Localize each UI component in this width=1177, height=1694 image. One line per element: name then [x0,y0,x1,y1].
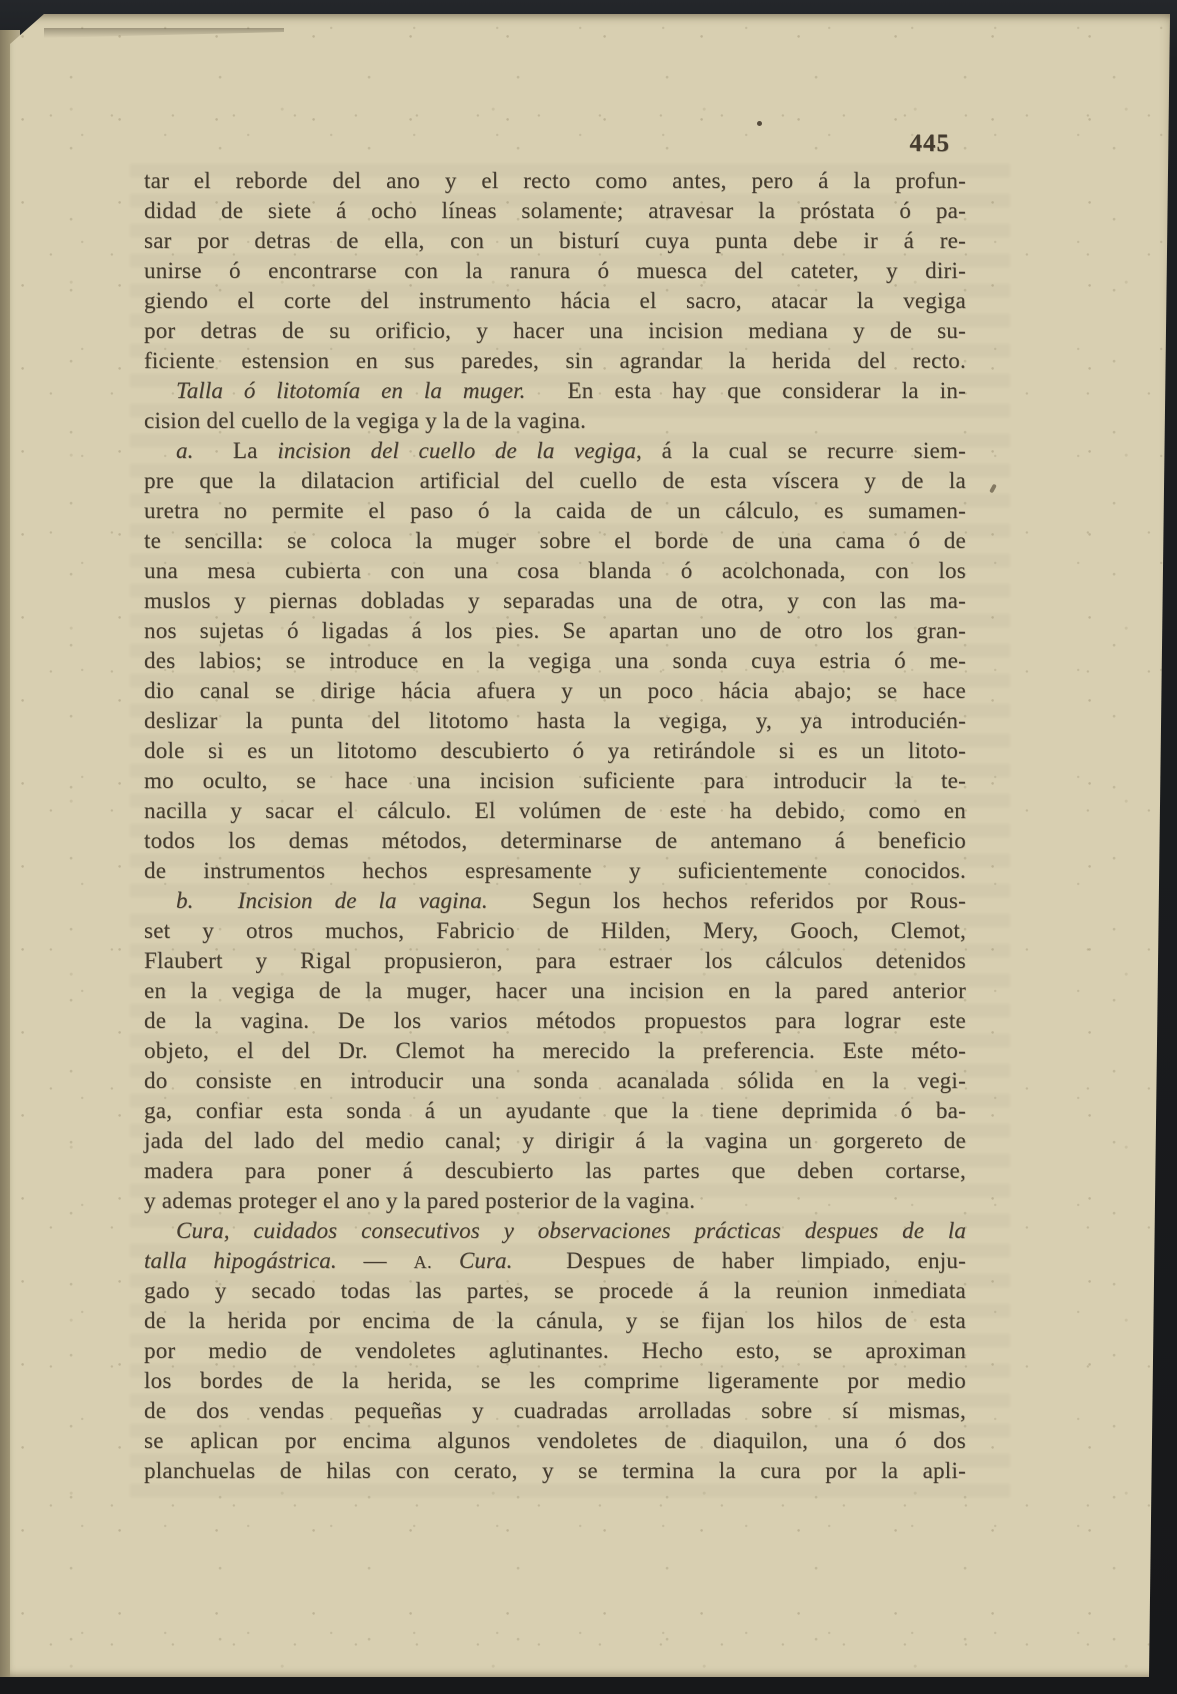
text-run: Cura. [459,1248,513,1273]
text-run: set y otros muchos, Fabricio de Hilden, … [144,918,966,943]
text-line: dio canal se dirige hácia afuera y un po… [144,676,966,706]
text-line: por medio de vendoletes aglutinantes. He… [144,1336,966,1366]
text-run: dio canal se dirige hácia afuera y un po… [144,678,966,703]
text-run: planchuelas de hilas con cerato, y se te… [144,1458,966,1483]
text-run: des labios; se introduce en la vegiga un… [144,648,966,673]
text-run: de la vagina. De los varios métodos prop… [144,1008,966,1033]
text-line: de la herida por encima de la cánula, y … [144,1306,966,1336]
page-top-shadow [44,28,284,38]
text-run: En esta hay que considerar la in- [525,378,966,403]
text-run: muslos y piernas dobladas y separadas un… [144,588,966,613]
text-line: ga, confiar esta sonda á un ayudante que… [144,1096,966,1126]
text-line: nacilla y sacar el cálculo. El volúmen d… [144,796,966,826]
text-line: se aplican por encima algunos vendoletes… [144,1426,966,1456]
text-line: tar el reborde del ano y el recto como a… [144,166,966,196]
body-text-column: tar el reborde del ano y el recto como a… [144,166,966,1486]
text-run: , á la cual se recurre siem- [636,438,966,463]
text-line: en la vegiga de la muger, hacer una inci… [144,976,966,1006]
text-line: gado y secado todas las partes, se proce… [144,1276,966,1306]
text-line: de dos vendas pequeñas y cuadradas arrol… [144,1396,966,1426]
text-run: ga, confiar esta sonda á un ayudante que… [144,1098,966,1123]
text-run: objeto, el del Dr. Clemot ha merecido la… [144,1038,966,1063]
text-line: Talla ó litotomía en la muger. En esta h… [144,376,966,406]
text-run: A. [414,1252,432,1272]
text-run: cision del cuello de la vegiga y la de l… [144,408,586,433]
text-run: de la herida por encima de la cánula, y … [144,1308,966,1333]
book-scan: { "page": { "number": "445", "paragraphs… [0,0,1177,1694]
text-line: Cura, cuidados consecutivos y observacio… [144,1216,966,1246]
book-page: 445 tar el reborde del ano y el recto co… [10,14,1177,1677]
text-run: jada del lado del medio canal; y dirigir… [144,1128,966,1153]
text-run: Incision de la vagina. [238,888,488,913]
text-line: set y otros muchos, Fabricio de Hilden, … [144,916,966,946]
text-line: objeto, el del Dr. Clemot ha merecido la… [144,1036,966,1066]
text-run: y ademas proteger el ano y la pared post… [144,1188,695,1213]
ink-speck-artifact [989,484,997,494]
text-run: talla hipogástrica. [144,1248,337,1273]
text-run: madera para poner á descubierto las part… [144,1158,966,1183]
text-run: unirse ó encontrarse con la ranura ó mue… [144,258,966,283]
text-run: do consiste en introducir una sonda acan… [144,1068,966,1093]
text-run: te sencilla: se coloca la muger sobre el… [144,528,966,553]
text-run: a. [176,438,193,463]
text-line: de la vagina. De los varios métodos prop… [144,1006,966,1036]
text-line: una mesa cubierta con una cosa blanda ó … [144,556,966,586]
text-run: los bordes de la herida, se les comprime… [144,1368,966,1393]
text-run: giendo el corte del instrumento hácia el… [144,288,966,313]
text-line: madera para poner á descubierto las part… [144,1156,966,1186]
text-run: dole si es un litotomo descubierto ó ya … [144,738,966,763]
text-run: Cura, cuidados consecutivos y observacio… [176,1218,966,1243]
text-run: uretra no permite el paso ó la caida de … [144,498,966,523]
text-run: didad de siete á ocho líneas solamente; … [144,198,966,223]
text-run: tar el reborde del ano y el recto como a… [144,168,966,193]
text-run: Despues de haber limpiado, enju- [512,1248,966,1273]
text-line: mo oculto, se hace una incision suficien… [144,766,966,796]
text-line: a. La incision del cuello de la vegiga, … [144,436,966,466]
text-run: de dos vendas pequeñas y cuadradas arrol… [144,1398,966,1423]
text-run: mo oculto, se hace una incision suficien… [144,768,966,793]
text-line: dole si es un litotomo descubierto ó ya … [144,736,966,766]
text-line: jada del lado del medio canal; y dirigir… [144,1126,966,1156]
text-line: uretra no permite el paso ó la caida de … [144,496,966,526]
text-run: en la vegiga de la muger, hacer una inci… [144,978,966,1003]
text-line: todos los demas métodos, determinarse de… [144,826,966,856]
text-run: pre que la dilatacion artificial del cue… [144,468,966,493]
text-line: b. Incision de la vagina. Segun los hech… [144,886,966,916]
text-run: nos sujetas ó ligadas á los pies. Se apa… [144,618,966,643]
text-run: b. [176,888,193,913]
text-line: cision del cuello de la vegiga y la de l… [144,406,966,436]
text-line: do consiste en introducir una sonda acan… [144,1066,966,1096]
text-line: talla hipogástrica. — A. Cura. Despues d… [144,1246,966,1276]
ink-dot-artifact [757,121,762,126]
text-run: deslizar la punta del litotomo hasta la … [144,708,966,733]
text-run: todos los demas métodos, determinarse de… [144,828,966,853]
text-line: y ademas proteger el ano y la pared post… [144,1186,966,1216]
text-run: nacilla y sacar el cálculo. El volúmen d… [144,798,966,823]
text-line: planchuelas de hilas con cerato, y se te… [144,1456,966,1486]
text-line: unirse ó encontrarse con la ranura ó mue… [144,256,966,286]
text-run: Talla ó litotomía en la muger. [176,378,525,403]
text-run: una mesa cubierta con una cosa blanda ó … [144,558,966,583]
text-run: ficiente estension en sus paredes, sin a… [144,348,966,373]
text-line: por detras de su orificio, y hacer una i… [144,316,966,346]
text-line: giendo el corte del instrumento hácia el… [144,286,966,316]
text-run: por medio de vendoletes aglutinantes. He… [144,1338,966,1363]
text-run: gado y secado todas las partes, se proce… [144,1278,966,1303]
text-line: didad de siete á ocho líneas solamente; … [144,196,966,226]
text-run: Segun los hechos referidos por Rous- [488,888,966,913]
text-line: nos sujetas ó ligadas á los pies. Se apa… [144,616,966,646]
text-run: de instrumentos hechos espresamente y su… [144,858,966,883]
page-number: 445 [144,130,966,158]
text-line: deslizar la punta del litotomo hasta la … [144,706,966,736]
text-run: se aplican por encima algunos vendoletes… [144,1428,966,1453]
text-run: Flaubert y Rigal propusieron, para estra… [144,948,966,973]
text-run: La [193,438,277,463]
text-run [432,1248,459,1273]
text-run: — [337,1248,414,1273]
text-run: incision del cuello de la vegiga [277,438,636,463]
text-line: ficiente estension en sus paredes, sin a… [144,346,966,376]
text-line: pre que la dilatacion artificial del cue… [144,466,966,496]
text-line: de instrumentos hechos espresamente y su… [144,856,966,886]
text-run: por detras de su orificio, y hacer una i… [144,318,966,343]
text-line: des labios; se introduce en la vegiga un… [144,646,966,676]
text-line: sar por detras de ella, con un bisturí c… [144,226,966,256]
text-line: muslos y piernas dobladas y separadas un… [144,586,966,616]
text-line: te sencilla: se coloca la muger sobre el… [144,526,966,556]
text-line: los bordes de la herida, se les comprime… [144,1366,966,1396]
text-run: sar por detras de ella, con un bisturí c… [144,228,966,253]
text-line: Flaubert y Rigal propusieron, para estra… [144,946,966,976]
text-run [193,888,237,913]
